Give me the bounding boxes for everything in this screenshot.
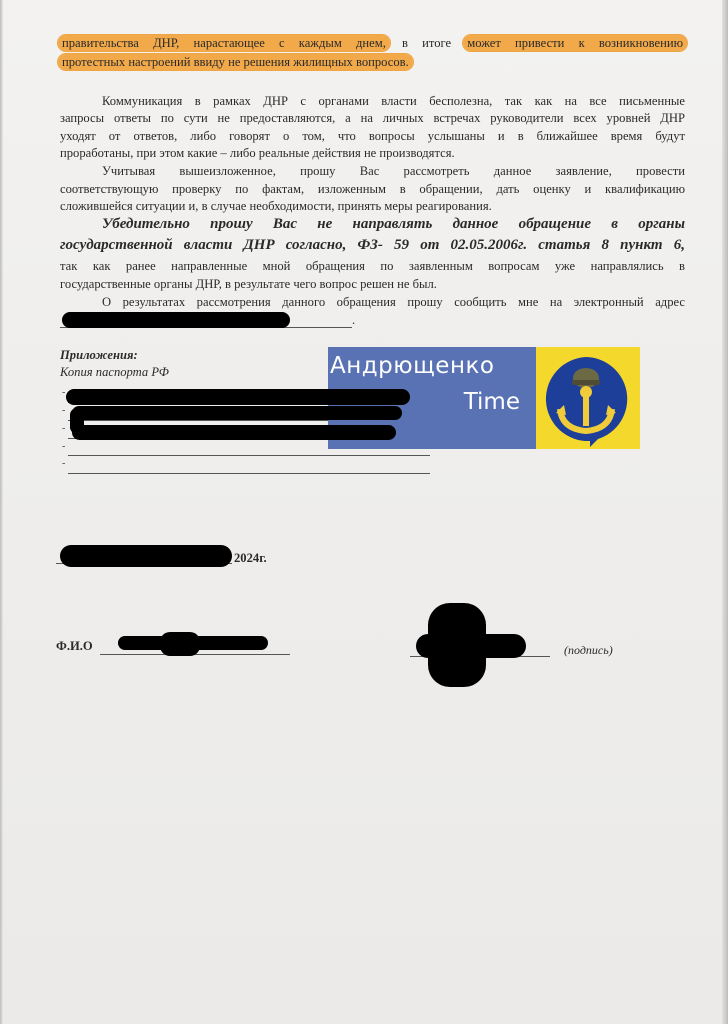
page-edge-left — [0, 0, 3, 1024]
anchor-helmet-logo-icon — [536, 347, 640, 449]
fio-label: Ф.И.О — [56, 639, 93, 654]
paragraph-communication-line: Коммуникация в рамках ДНР с органами вла… — [102, 94, 685, 109]
signature-label: (подпись) — [564, 643, 613, 658]
email-end: . — [352, 313, 355, 328]
paragraph-communication-line: запросы ответы по сути не предоставляютс… — [60, 111, 685, 126]
highlight-mark: протестных настроений ввиду не решения ж… — [58, 54, 413, 70]
attachment-dash: - — [62, 458, 65, 469]
watermark-logo-block — [536, 347, 640, 449]
document-page: правительства ДНР, нарастающее с каждым … — [0, 0, 728, 1024]
paragraph-reason-line: так как ранее направленные мной обращени… — [60, 259, 685, 274]
attachment-dash: - — [62, 423, 65, 434]
paragraph-request-line: сложившейся ситуации и, в случае необход… — [60, 199, 685, 214]
page-edge-right — [722, 0, 728, 1024]
redaction-attachment — [66, 389, 410, 405]
attachment-line — [68, 473, 430, 474]
paragraph-request-line: Учитывая вышеизложенное, прошу Вас рассм… — [102, 164, 685, 179]
attachment-item: Копия паспорта РФ — [60, 365, 169, 380]
highlight-mark: может привести к возникновению — [463, 35, 687, 51]
highlight-mark: правительства ДНР, нарастающее с каждым … — [58, 35, 390, 51]
paragraph-communication-line: проработаны, при этом какие – либо реаль… — [60, 146, 685, 161]
paragraph-email: О результатах рассмотрения данного обращ… — [102, 295, 685, 310]
date-year: 2024г. — [234, 551, 267, 566]
paragraph-request-line: соответствующую проверку по фактам, изло… — [60, 182, 685, 197]
attachments-label: Приложения: — [60, 348, 138, 363]
highlighted-line-1: правительства ДНР, нарастающее с каждым … — [60, 36, 685, 51]
attachment-dash: - — [62, 387, 65, 398]
redaction-name — [160, 632, 200, 656]
redaction-signature — [416, 634, 526, 658]
paragraph-reason-line: государственные органы ДНР, в результате… — [60, 277, 685, 292]
redaction-date — [60, 545, 232, 567]
redaction-email — [62, 312, 290, 328]
redaction-attachment — [72, 406, 402, 420]
paragraph-emphasis-line: Убедительно прошу Вас не направлять данн… — [102, 215, 685, 233]
attachment-dash: - — [62, 405, 65, 416]
attachment-dash: - — [62, 441, 65, 452]
paragraph-communication-line: уходят от ответов, либо говорят о том, ч… — [60, 129, 685, 144]
watermark-subtitle: Time — [464, 389, 520, 415]
highlighted-line-2: протестных настроений ввиду не решения ж… — [60, 55, 685, 70]
attachment-line — [68, 455, 430, 456]
redaction-attachment — [72, 425, 396, 440]
paragraph-emphasis-line: государственной власти ДНР согласно, ФЗ-… — [60, 236, 685, 254]
watermark-title: Андрющенко — [330, 353, 494, 379]
